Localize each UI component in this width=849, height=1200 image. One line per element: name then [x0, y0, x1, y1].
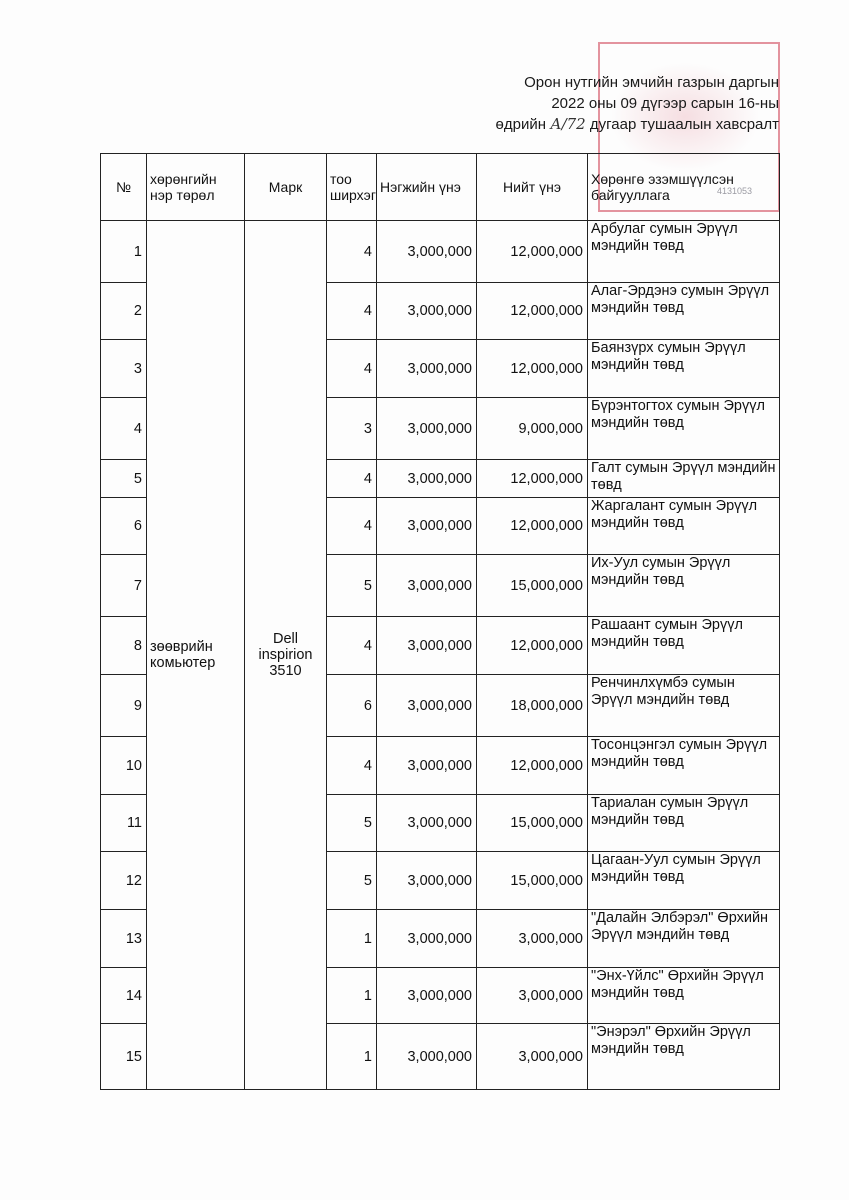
unit-price-cell: 3,000,000 [377, 283, 477, 340]
total-price-cell: 12,000,000 [477, 498, 588, 555]
quantity-cell: 4 [327, 340, 377, 398]
col-header-total: Нийт үнэ [477, 154, 588, 221]
organization-cell: Ренчинлхүмбэ сумын Эрүүл мэндийн төвд [588, 675, 780, 737]
quantity-cell: 1 [327, 1024, 377, 1090]
total-price-cell: 15,000,000 [477, 555, 588, 617]
row-number: 1 [101, 221, 147, 283]
table-header-row: № хөрөнгийн нэр төрөл Марк тоо ширхэг Нэ… [101, 154, 780, 221]
total-price-cell: 3,000,000 [477, 910, 588, 968]
organization-cell: Тосонцэнгэл сумын Эрүүл мэндийн төвд [588, 737, 780, 795]
row-number: 6 [101, 498, 147, 555]
table-row: 1зөөврийн комьютерDell inspirion 351043,… [101, 221, 780, 283]
organization-cell: Алаг-Эрдэнэ сумын Эрүүл мэндийн төвд [588, 283, 780, 340]
unit-price-cell: 3,000,000 [377, 737, 477, 795]
brand-cell: Dell inspirion 3510 [245, 221, 327, 1090]
total-price-cell: 12,000,000 [477, 340, 588, 398]
organization-cell: Тариалан сумын Эрүүл мэндийн төвд [588, 795, 780, 852]
organization-cell: Бүрэнтогтох сумын Эрүүл мэндийн төвд [588, 398, 780, 460]
total-price-cell: 15,000,000 [477, 795, 588, 852]
col-header-unit-price: Нэгжийн үнэ [377, 154, 477, 221]
unit-price-cell: 3,000,000 [377, 340, 477, 398]
organization-cell: Галт сумын Эрүүл мэндийн төвд [588, 460, 780, 498]
quantity-cell: 4 [327, 617, 377, 675]
quantity-cell: 6 [327, 675, 377, 737]
quantity-cell: 4 [327, 498, 377, 555]
quantity-cell: 5 [327, 852, 377, 910]
total-price-cell: 12,000,000 [477, 617, 588, 675]
quantity-cell: 1 [327, 910, 377, 968]
unit-price-cell: 3,000,000 [377, 221, 477, 283]
organization-cell: Арбулаг сумын Эрүүл мэндийн төвд [588, 221, 780, 283]
order-number: А/72 [550, 115, 586, 133]
col-header-brand: Марк [245, 154, 327, 221]
unit-price-cell: 3,000,000 [377, 910, 477, 968]
unit-price-cell: 3,000,000 [377, 398, 477, 460]
col-header-no: № [101, 154, 147, 221]
organization-cell: Жаргалант сумын Эрүүл мэндийн төвд [588, 498, 780, 555]
organization-cell: "Энх-Үйлс" Өрхийн Эрүүл мэндийн төвд [588, 968, 780, 1024]
unit-price-cell: 3,000,000 [377, 555, 477, 617]
unit-price-cell: 3,000,000 [377, 498, 477, 555]
col-header-quantity: тоо ширхэг [327, 154, 377, 221]
row-number: 9 [101, 675, 147, 737]
document-header: Орон нутгийн эмчийн газрын даргын 2022 о… [496, 72, 779, 135]
header-line-1: Орон нутгийн эмчийн газрын даргын [496, 72, 779, 93]
row-number: 2 [101, 283, 147, 340]
unit-price-cell: 3,000,000 [377, 460, 477, 498]
total-price-cell: 15,000,000 [477, 852, 588, 910]
unit-price-cell: 3,000,000 [377, 968, 477, 1024]
asset-table: № хөрөнгийн нэр төрөл Марк тоо ширхэг Нэ… [100, 153, 780, 1090]
quantity-cell: 4 [327, 737, 377, 795]
row-number: 13 [101, 910, 147, 968]
total-price-cell: 9,000,000 [477, 398, 588, 460]
header-line-2: 2022 оны 09 дүгээр сарын 16-ны [496, 93, 779, 114]
unit-price-cell: 3,000,000 [377, 675, 477, 737]
total-price-cell: 3,000,000 [477, 968, 588, 1024]
row-number: 15 [101, 1024, 147, 1090]
total-price-cell: 12,000,000 [477, 460, 588, 498]
quantity-cell: 4 [327, 283, 377, 340]
quantity-cell: 5 [327, 795, 377, 852]
organization-cell: Рашаант сумын Эрүүл мэндийн төвд [588, 617, 780, 675]
total-price-cell: 18,000,000 [477, 675, 588, 737]
total-price-cell: 12,000,000 [477, 737, 588, 795]
organization-cell: "Далайн Элбэрэл" Өрхийн Эрүүл мэндийн тө… [588, 910, 780, 968]
row-number: 7 [101, 555, 147, 617]
quantity-cell: 3 [327, 398, 377, 460]
quantity-cell: 4 [327, 221, 377, 283]
unit-price-cell: 3,000,000 [377, 617, 477, 675]
organization-cell: "Энэрэл" Өрхийн Эрүүл мэндийн төвд [588, 1024, 780, 1090]
row-number: 3 [101, 340, 147, 398]
col-header-organization: Хөрөнгө эзэмшүүлсэн байгууллага [588, 154, 780, 221]
col-header-asset-type: хөрөнгийн нэр төрөл [147, 154, 245, 221]
header-line-3: өдрийн А/72 дугаар тушаалын хавсралт [496, 114, 779, 135]
unit-price-cell: 3,000,000 [377, 852, 477, 910]
total-price-cell: 12,000,000 [477, 283, 588, 340]
quantity-cell: 4 [327, 460, 377, 498]
asset-type-cell: зөөврийн комьютер [147, 221, 245, 1090]
row-number: 11 [101, 795, 147, 852]
row-number: 8 [101, 617, 147, 675]
organization-cell: Их-Уул сумын Эрүүл мэндийн төвд [588, 555, 780, 617]
unit-price-cell: 3,000,000 [377, 1024, 477, 1090]
row-number: 4 [101, 398, 147, 460]
row-number: 10 [101, 737, 147, 795]
unit-price-cell: 3,000,000 [377, 795, 477, 852]
organization-cell: Баянзүрх сумын Эрүүл мэндийн төвд [588, 340, 780, 398]
row-number: 12 [101, 852, 147, 910]
quantity-cell: 1 [327, 968, 377, 1024]
quantity-cell: 5 [327, 555, 377, 617]
organization-cell: Цагаан-Уул сумын Эрүүл мэндийн төвд [588, 852, 780, 910]
total-price-cell: 12,000,000 [477, 221, 588, 283]
total-price-cell: 3,000,000 [477, 1024, 588, 1090]
row-number: 5 [101, 460, 147, 498]
row-number: 14 [101, 968, 147, 1024]
